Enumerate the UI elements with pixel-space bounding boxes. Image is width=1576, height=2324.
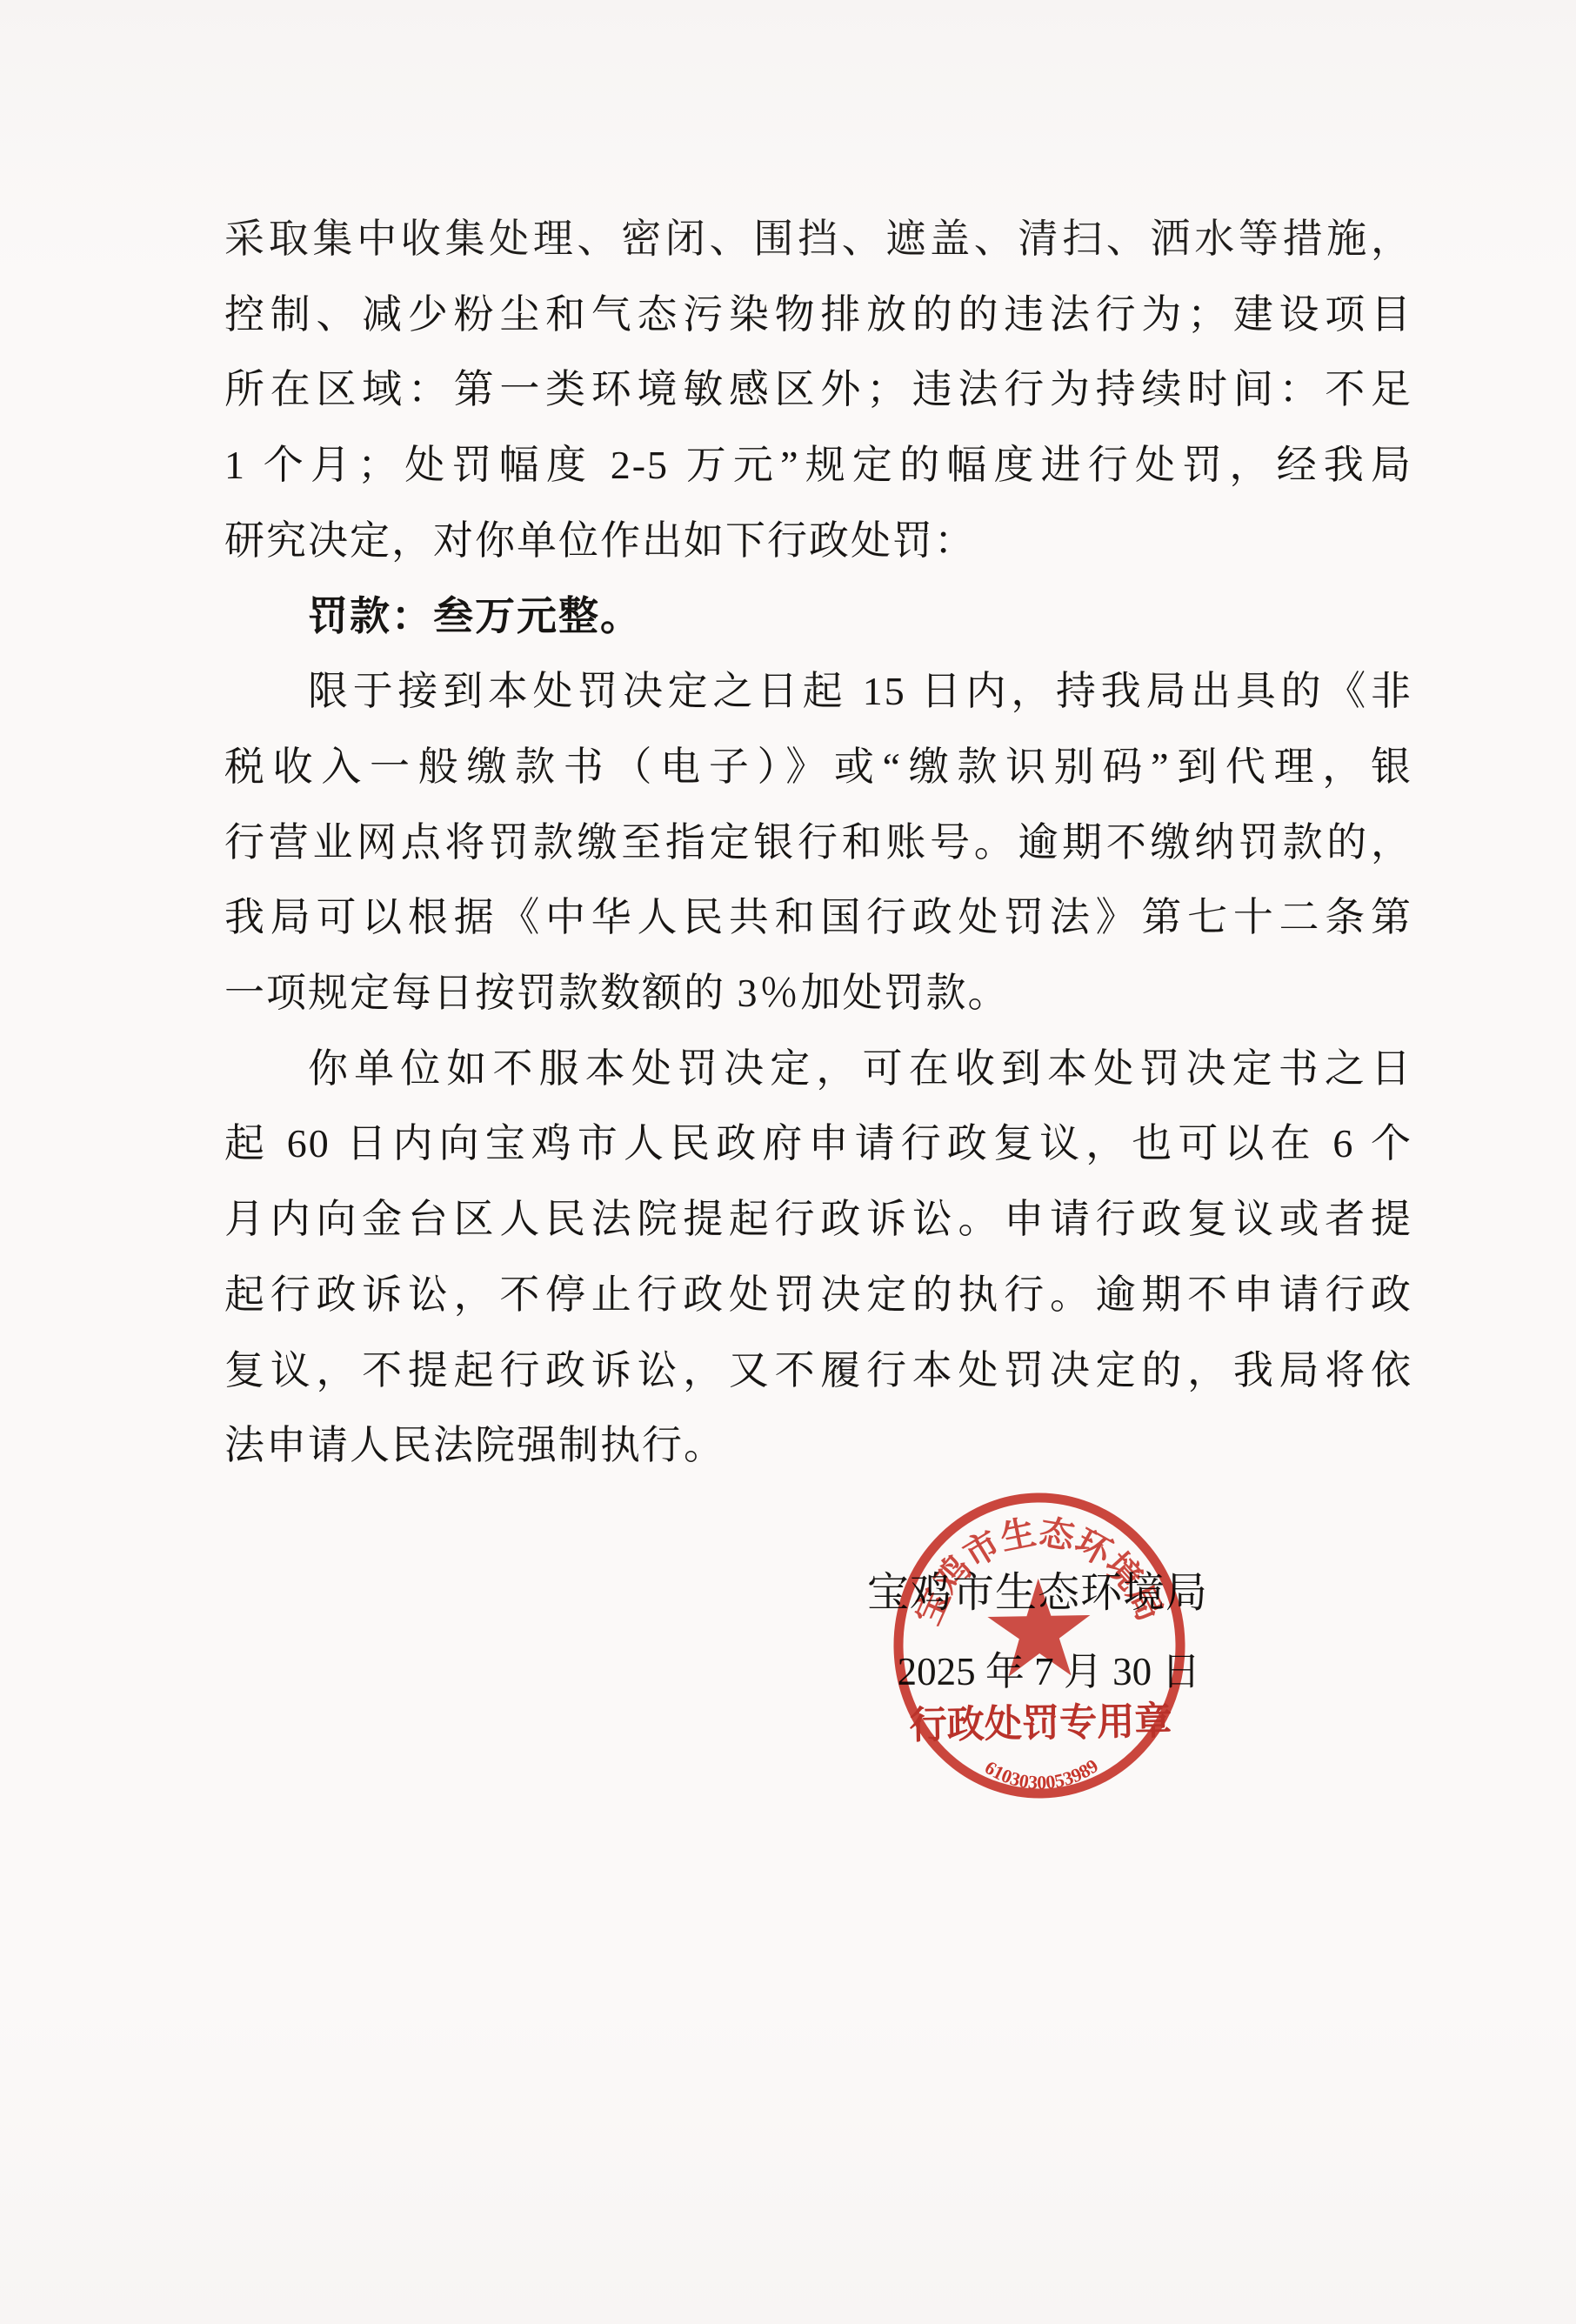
document-line: 你单位如不服本处罚决定，可在收到本处罚决定书之日 xyxy=(224,1032,1412,1107)
document-line: 一项规定每日按罚款数额的 3％加处罚款。 xyxy=(224,956,1412,1032)
document-page: 采取集中收集处理、密闭、围挡、遮盖、清扫、洒水等措施，控制、减少粉尘和气态污染物… xyxy=(0,0,1576,2324)
document-line: 采取集中收集处理、密闭、围挡、遮盖、清扫、洒水等措施， xyxy=(224,202,1412,277)
document-line: 我局可以根据《中华人民共和国行政处罚法》第七十二条第 xyxy=(224,880,1412,956)
document-line: 税收入一般缴款书（电子）》或“缴款识别码”到代理，银 xyxy=(224,730,1412,805)
document-line: 1 个月；处罚幅度 2-5 万元”规定的幅度进行处罚，经我局 xyxy=(224,428,1412,504)
stamp-title: 行政处罚专用章 xyxy=(909,1699,1172,1746)
document-line: 限于接到本处罚决定之日起 15 日内，持我局出具的《非 xyxy=(224,654,1412,730)
document-line: 起行政诉讼，不停止行政处罚决定的执行。逾期不申请行政 xyxy=(224,1258,1412,1333)
stamp-graphic: 宝鸡市生态环境局 行政处罚专用章 6103030053989 xyxy=(885,1485,1193,1806)
document-line: 所在区域：第一类环境敏感区外；违法行为持续时间：不足 xyxy=(224,352,1412,428)
document-line: 复议，不提起行政诉讼，又不履行本处罚决定的，我局将依 xyxy=(224,1333,1412,1409)
document-line: 起 60 日内向宝鸡市人民政府申请行政复议，也可以在 6 个 xyxy=(224,1106,1412,1182)
document-line: 法申请人民法院强制执行。 xyxy=(224,1408,1412,1484)
star-icon xyxy=(987,1578,1092,1677)
document-line: 罚款：叁万元整。 xyxy=(224,579,1412,655)
document-line: 行营业网点将罚款缴至指定银行和账号。逾期不缴纳罚款的， xyxy=(224,805,1412,881)
document-body: 采取集中收集处理、密闭、围挡、遮盖、清扫、洒水等措施，控制、减少粉尘和气态污染物… xyxy=(224,202,1412,1484)
document-line: 控制、减少粉尘和气态污染物排放的的违法行为；建设项目 xyxy=(224,277,1412,353)
official-stamp: 宝鸡市生态环境局 行政处罚专用章 6103030053989 xyxy=(885,1485,1193,1806)
document-line: 月内向金台区人民法院提起行政诉讼。申请行政复议或者提 xyxy=(224,1182,1412,1258)
document-line: 研究决定，对你单位作出如下行政处罚： xyxy=(224,504,1412,579)
